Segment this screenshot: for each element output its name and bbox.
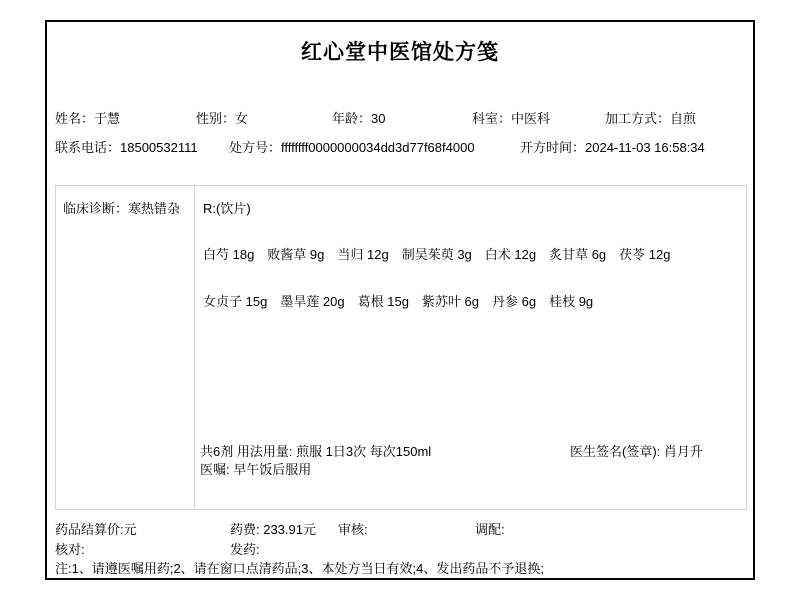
field-label: 处方号： <box>229 140 281 155</box>
rx-box: 临床诊断：寒热错杂 R:(饮片) 白芍 18g败酱草 9g当归 12g制吴茱萸 … <box>55 185 747 510</box>
field-check: 核对: <box>55 539 85 558</box>
herb-item: 炙甘草 6g <box>549 247 606 262</box>
herb-item: 败酱草 9g <box>267 247 324 262</box>
field-label: 临床诊断： <box>63 201 128 216</box>
field-patient-name: 姓名：于慧 <box>55 108 120 127</box>
field-value: 寒热错杂 <box>128 201 180 216</box>
prescription-sheet: 红心堂中医馆处方笺 姓名：于慧 性别：女 年龄：30 科室：中医科 加工方式：自… <box>45 20 755 580</box>
usage-block: 共6剂 用法用量: 煎服 1日3次 每次150ml 医嘱: 早午饭后服用 <box>200 443 431 479</box>
herb-item: 当归 12g <box>337 247 388 262</box>
herb-item: 丹参 6g <box>492 294 536 309</box>
herb-item: 女贞子 15g <box>203 294 267 309</box>
field-label: 性别： <box>196 111 235 126</box>
field-issue-drugs: 发药: <box>230 539 260 558</box>
doctor-signature: 医生签名(签章): 肖月升 <box>570 443 712 461</box>
field-processing-method: 加工方式：自煎 <box>605 108 696 127</box>
herb-item: 白术 12g <box>485 247 536 262</box>
field-value: 女 <box>235 111 248 126</box>
field-review: 审核: <box>338 519 368 538</box>
field-department: 科室：中医科 <box>472 108 550 127</box>
footer-note: 注:1、请遵医嘱用药;2、请在窗口点清药品;3、本处方当日有效;4、发出药品不予… <box>55 558 544 577</box>
herb-list-line2: 女贞子 15g墨旱莲 20g葛根 15g紫苏叶 6g丹参 6g桂枝 9g <box>203 291 606 310</box>
herb-item: 墨旱莲 20g <box>280 294 344 309</box>
field-value: 2024-11-03 16:58:34 <box>585 140 705 155</box>
rx-column-divider <box>194 186 195 509</box>
field-label: 姓名： <box>55 111 94 126</box>
field-label: 联系电话： <box>55 140 120 155</box>
doctor-advice: 医嘱: 早午饭后服用 <box>200 461 431 479</box>
field-label: 年龄： <box>332 111 371 126</box>
herb-item: 茯苓 12g <box>619 247 670 262</box>
field-value: 于慧 <box>94 111 120 126</box>
field-prescription-time: 开方时间：2024-11-03 16:58:34 <box>520 137 705 156</box>
field-contact-phone: 联系电话：18500532111 <box>55 137 198 156</box>
herb-item: 紫苏叶 6g <box>422 294 479 309</box>
field-label: 加工方式： <box>605 111 670 126</box>
field-value: ffffffff0000000034dd3d77f68f4000 <box>281 140 475 155</box>
field-drug-fee: 药费: 233.91元 <box>230 519 316 538</box>
field-label: 开方时间： <box>520 140 585 155</box>
field-gender: 性别：女 <box>196 108 248 127</box>
usage-line1: 共6剂 用法用量: 煎服 1日3次 每次150ml <box>200 443 431 461</box>
field-prescription-number: 处方号：ffffffff0000000034dd3d77f68f4000 <box>229 137 475 156</box>
field-value: 18500532111 <box>120 140 198 155</box>
rx-header: R:(饮片) <box>203 198 251 217</box>
field-clinical-diagnosis: 临床诊断：寒热错杂 <box>63 198 180 217</box>
herb-item: 葛根 15g <box>358 294 409 309</box>
field-value: 30 <box>371 111 385 126</box>
herb-item: 桂枝 9g <box>549 294 593 309</box>
herb-item: 白芍 18g <box>203 247 254 262</box>
field-label: 科室： <box>472 111 511 126</box>
page-title: 红心堂中医馆处方笺 <box>47 36 753 66</box>
field-value: 自煎 <box>670 111 696 126</box>
field-settlement-price: 药品结算价:元 <box>55 519 137 538</box>
field-age: 年龄：30 <box>332 108 385 127</box>
field-value: 中医科 <box>511 111 550 126</box>
field-dispense-prep: 调配: <box>475 519 505 538</box>
herb-list-line1: 白芍 18g败酱草 9g当归 12g制吴茱萸 3g白术 12g炙甘草 6g茯苓 … <box>203 244 683 263</box>
herb-item: 制吴茱萸 3g <box>402 247 472 262</box>
